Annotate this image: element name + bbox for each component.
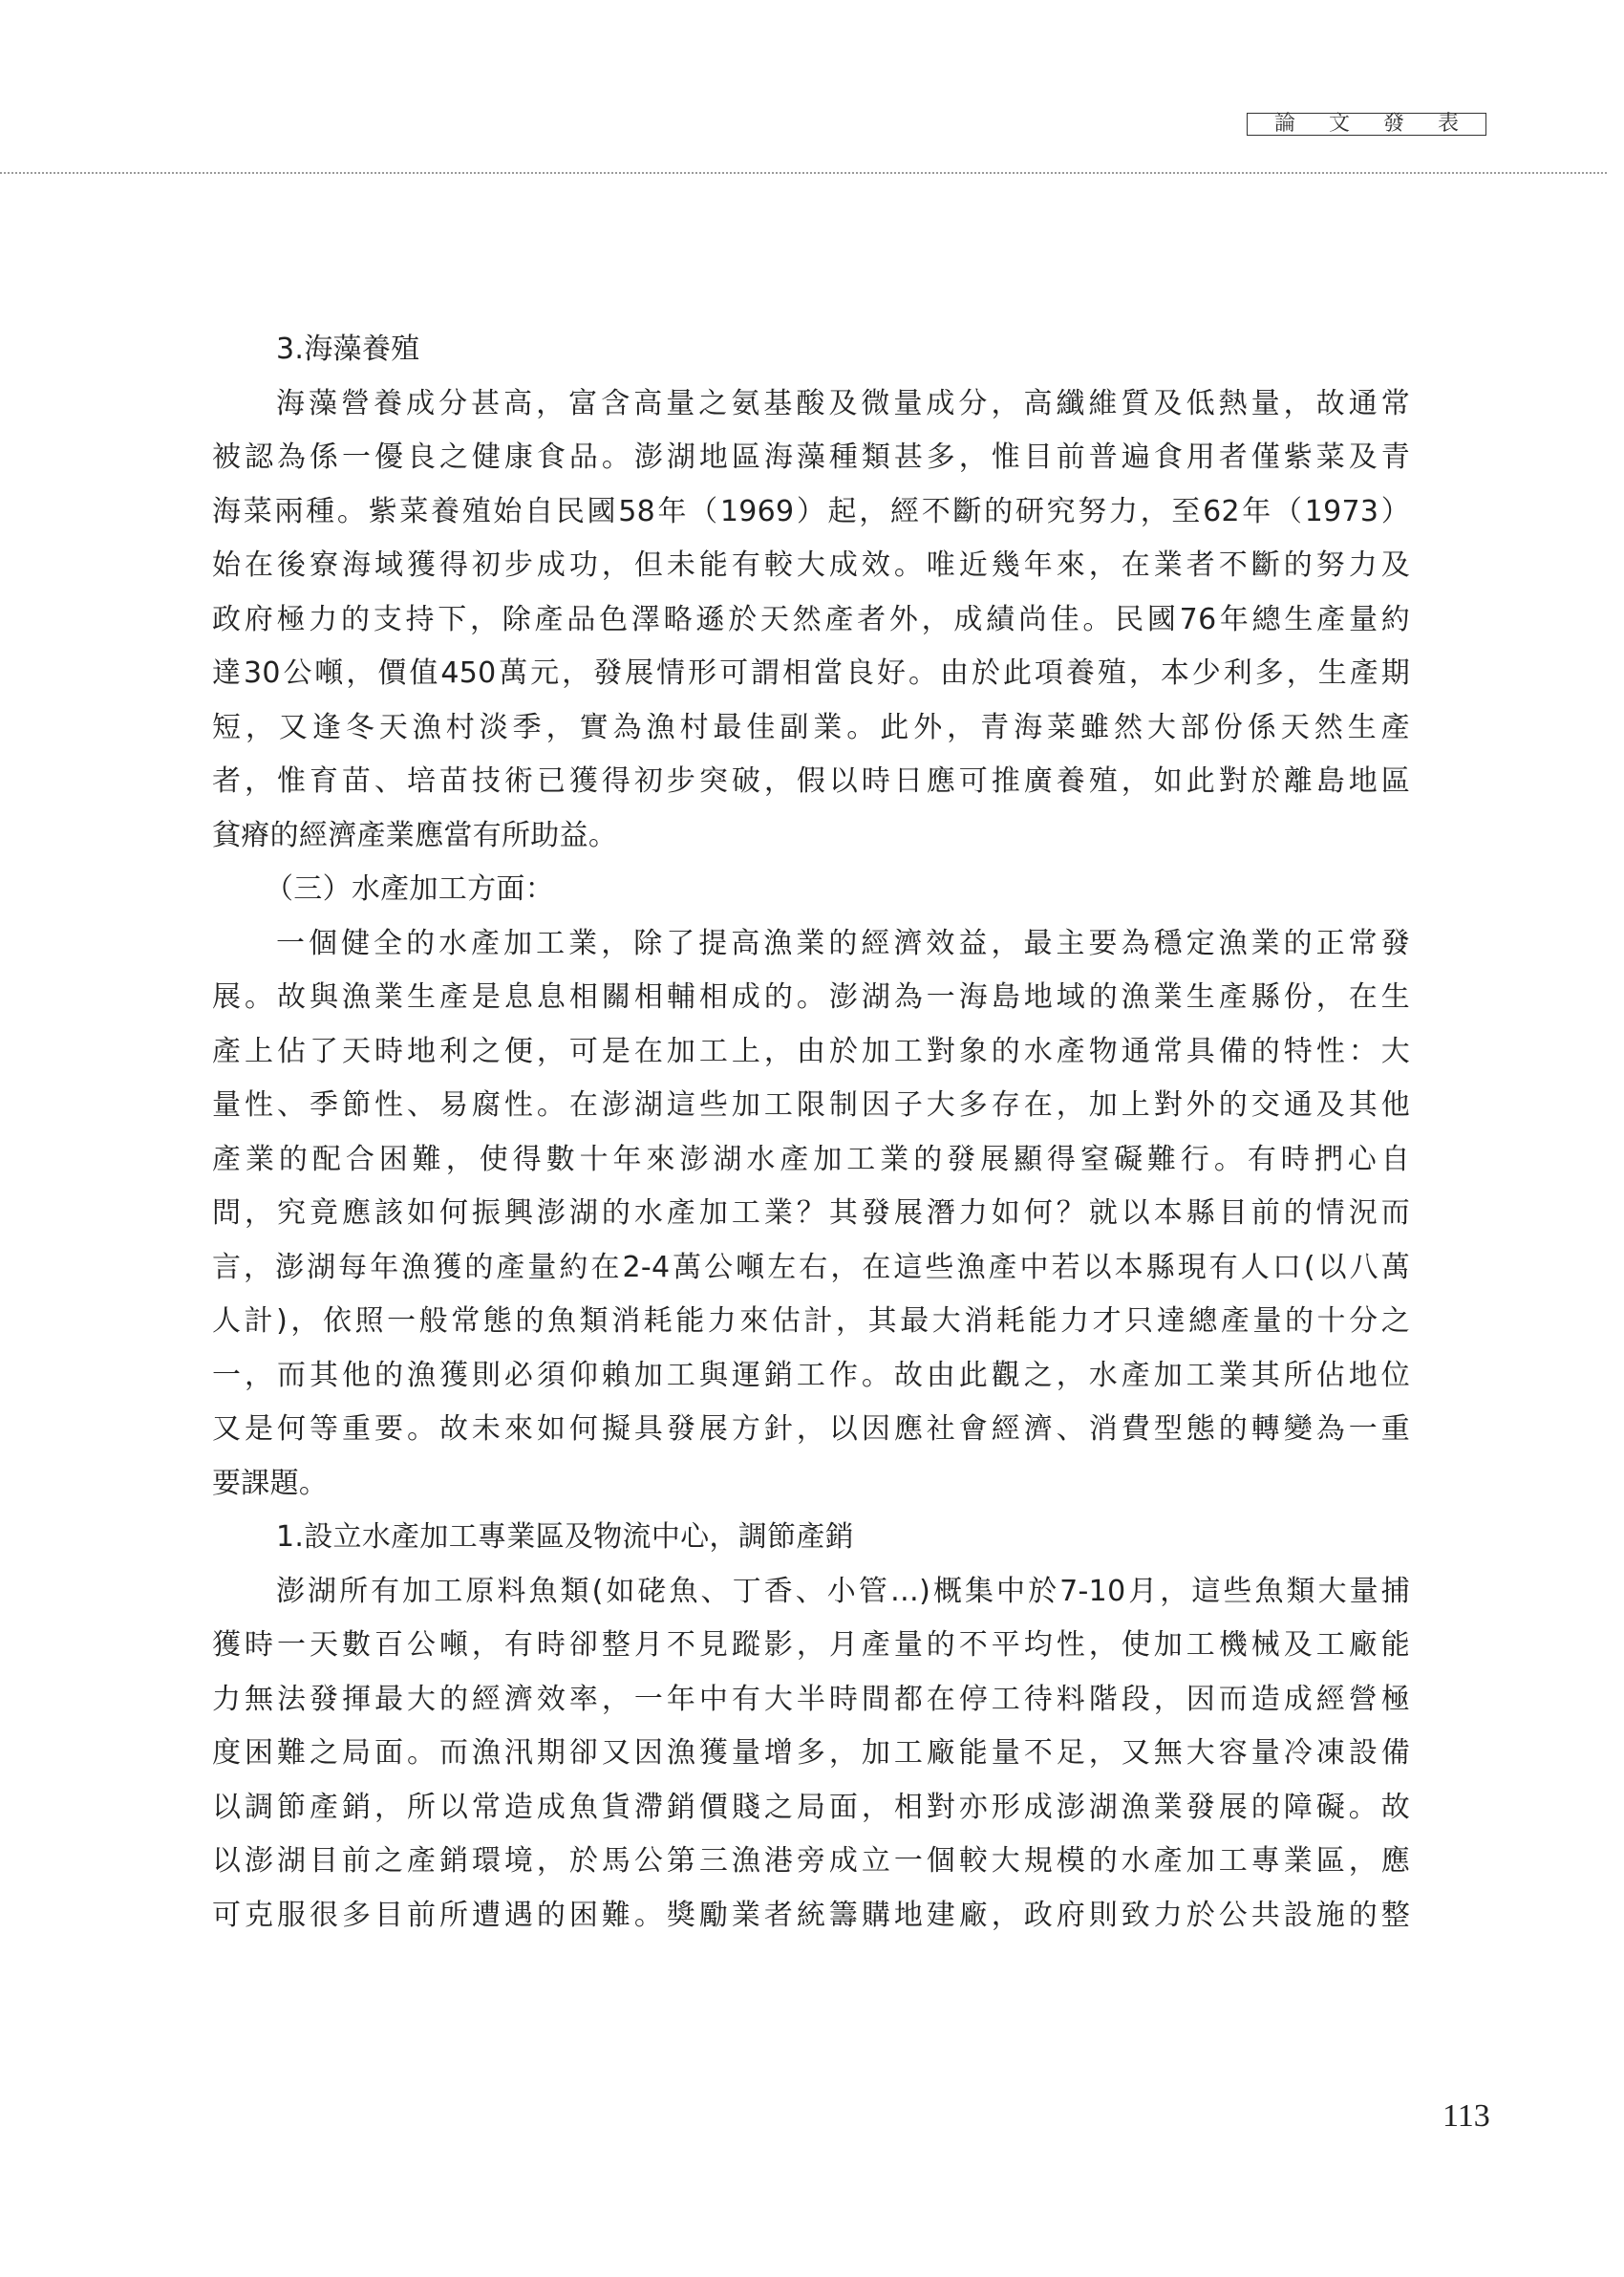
body-text-line: 要課題。	[212, 1457, 1410, 1512]
body-text-line: 問，究竟應該如何振興澎湖的水產加工業？其發展潛力如何？就以本縣目前的情況而	[212, 1187, 1410, 1241]
body-text-line: 政府極力的支持下，除產品色澤略遜於天然產者外，成績尚佳。民國76年總生產量約	[212, 593, 1410, 648]
body-text-line: 展。故與漁業生產是息息相關相輔相成的。澎湖為一海島地域的漁業生產縣份，在生	[212, 971, 1410, 1025]
body-text-line: 力無法發揮最大的經濟效率，一年中有大半時間都在停工待料階段，因而造成經營極	[212, 1673, 1410, 1728]
section-label-box: 論 文 發 表	[1247, 113, 1486, 136]
section-heading: 1.設立水產加工專業區及物流中心，調節產銷	[212, 1511, 1410, 1565]
body-text-line: 海菜兩種。紫菜養殖始自民國58年（1969）起，經不斷的研究努力，至62年（19…	[212, 485, 1410, 540]
body-text-line: 短，又逢冬天漁村淡季，實為漁村最佳副業。此外，青海菜雖然大部份係天然生產	[212, 701, 1410, 756]
body-text-line: 始在後寮海域獲得初步成功，但未能有較大成效。唯近幾年來，在業者不斷的努力及	[212, 539, 1410, 593]
body-text-line: 被認為係一優良之健康食品。澎湖地區海藻種類甚多，惟目前普遍食用者僅紫菜及青	[212, 431, 1410, 485]
body-text-line: 言，澎湖每年漁獲的產量約在2-4萬公噸左右，在這些漁產中若以本縣現有人口(以八萬	[212, 1241, 1410, 1296]
body-text-line: 者，惟育苗、培苗技術已獲得初步突破，假以時日應可推廣養殖，如此對於離島地區	[212, 755, 1410, 809]
body-text-line: 量性、季節性、易腐性。在澎湖這些加工限制因子大多存在，加上對外的交通及其他	[212, 1079, 1410, 1133]
section-heading: 3.海藻養殖	[212, 323, 1410, 377]
body-text-line: 度困難之局面。而漁汛期卻又因漁獲量增多，加工廠能量不足，又無大容量冷凍設備	[212, 1727, 1410, 1781]
body-text-line: 以調節產銷，所以常造成魚貨滯銷價賤之局面，相對亦形成澎湖漁業發展的障礙。故	[212, 1781, 1410, 1836]
body-text-line: 產上佔了天時地利之便，可是在加工上，由於加工對象的水產物通常具備的特性：大	[212, 1025, 1410, 1080]
body-text-line: 澎湖所有加工原料魚類(如硓魚、丁香、小管…)概集中於7-10月，這些魚類大量捕	[212, 1565, 1410, 1620]
article-body: 3.海藻養殖海藻營養成分甚高，富含高量之氨基酸及微量成分，高纖維質及低熱量，故通…	[212, 323, 1410, 1943]
body-text-line: 可克服很多目前所遭遇的困難。獎勵業者統籌購地建廠，政府則致力於公共設施的整	[212, 1889, 1410, 1944]
body-text-line: 一個健全的水產加工業，除了提高漁業的經濟效益，最主要為穩定漁業的正常發	[212, 917, 1410, 972]
body-text-line: 人計)，依照一般常態的魚類消耗能力來估計，其最大消耗能力才只達總產量的十分之	[212, 1295, 1410, 1349]
page-number: 113	[1442, 2098, 1490, 2135]
body-text-line: 產業的配合困難，使得數十年來澎湖水產加工業的發展顯得窒礙難行。有時捫心自	[212, 1133, 1410, 1188]
body-text-line: 又是何等重要。故未來如何擬具發展方針，以因應社會經濟、消費型態的轉變為一重	[212, 1403, 1410, 1457]
section-label: 論 文 發 表	[1274, 114, 1472, 135]
body-text-line: 海藻營養成分甚高，富含高量之氨基酸及微量成分，高纖維質及低熱量，故通常	[212, 377, 1410, 432]
section-heading: （三）水產加工方面：	[212, 863, 1410, 917]
body-text-line: 獲時一天數百公噸，有時卻整月不見蹤影，月產量的不平均性，使加工機械及工廠能	[212, 1619, 1410, 1673]
body-text-line: 以澎湖目前之產銷環境，於馬公第三漁港旁成立一個較大規模的水產加工專業區，應	[212, 1835, 1410, 1889]
header-divider	[0, 172, 1607, 174]
body-text-line: 貧瘠的經濟產業應當有所助益。	[212, 809, 1410, 864]
body-text-line: 達30公噸，價值450萬元，發展情形可謂相當良好。由於此項養殖，本少利多，生產期	[212, 647, 1410, 701]
body-text-line: 一，而其他的漁獲則必須仰賴加工與運銷工作。故由此觀之，水產加工業其所佔地位	[212, 1349, 1410, 1404]
